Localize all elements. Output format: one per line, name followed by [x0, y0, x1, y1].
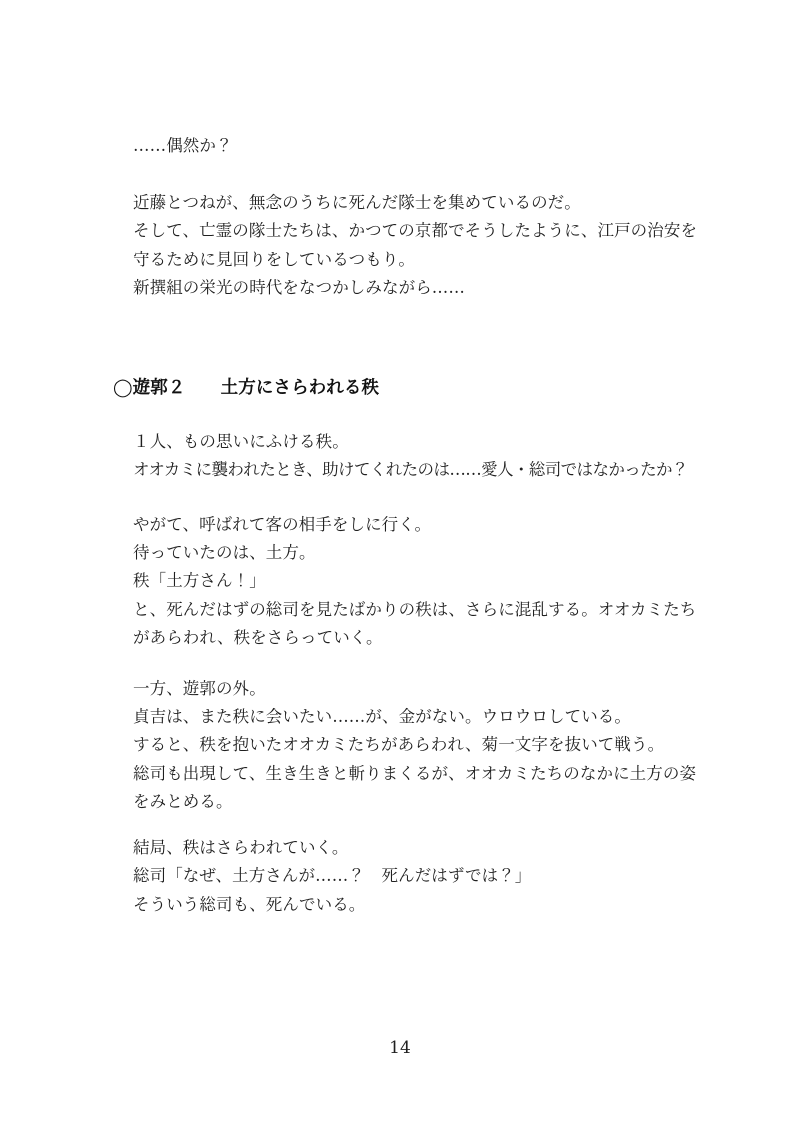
text-line: 守るために見回りをしているつもり。 [133, 246, 695, 274]
text-line: 一方、遊郭の外。 [133, 675, 695, 703]
text-line: ……偶然か？ [133, 132, 695, 160]
text-line: そして、亡霊の隊士たちは、かつての京都でそうしたように、江戸の治安を [133, 217, 695, 245]
paragraph-outside-yukaku: 一方、遊郭の外。 貞吉は、また秩に会いたい……が、金がない。ウロウロしている。 … [133, 675, 695, 817]
paragraph-chitsu-reflects: １人、もの思いにふける秩。 オオカミに襲われたとき、助けてくれたのは……愛人・総… [133, 428, 695, 485]
text-line: そういう総司も、死んでいる。 [133, 891, 695, 919]
text-line: 貞吉は、また秩に会いたい……が、金がない。ウロウロしている。 [133, 703, 695, 731]
text-line: 総司も出現して、生き生きと斬りまくるが、オオカミたちのなかに土方の姿 [133, 760, 695, 788]
text-line: 近藤とつねが、無念のうちに死んだ隊士を集めているのだ。 [133, 189, 695, 217]
paragraph-kondo-tsune: 近藤とつねが、無念のうちに死んだ隊士を集めているのだ。 そして、亡霊の隊士たちは… [133, 189, 695, 303]
paragraph-conclusion: 結局、秩はさらわれていく。 総司「なぜ、土方さんが……？ 死んだはずでは？」 そ… [133, 834, 695, 919]
text-line: 結局、秩はさらわれていく。 [133, 834, 695, 862]
script-page: ……偶然か？ 近藤とつねが、無念のうちに死んだ隊士を集めているのだ。 そして、亡… [0, 0, 800, 1131]
text-line: をみとめる。 [133, 788, 695, 816]
text-line: 新撰組の栄光の時代をなつかしみながら…… [133, 274, 695, 302]
text-line: １人、もの思いにふける秩。 [133, 428, 695, 456]
text-line: 待っていたのは、土方。 [133, 539, 695, 567]
text-line: やがて、呼ばれて客の相手をしに行く。 [133, 511, 695, 539]
paragraph-monologue: ……偶然か？ [133, 132, 695, 160]
text-line: と、死んだはずの総司を見たばかりの秩は、さらに混乱する。オオカミたち [133, 596, 695, 624]
page-number: 14 [0, 1036, 800, 1060]
text-line: 総司「なぜ、土方さんが……？ 死んだはずでは？」 [133, 862, 695, 890]
text-line: 秩「土方さん！」 [133, 567, 695, 595]
text-line: があらわれ、秩をさらっていく。 [133, 624, 695, 652]
paragraph-hijikata-appears: やがて、呼ばれて客の相手をしに行く。 待っていたのは、土方。 秩「土方さん！」 … [133, 511, 695, 653]
text-line: オオカミに襲われたとき、助けてくれたのは……愛人・総司ではなかったか？ [133, 456, 695, 484]
script-text-area: ……偶然か？ 近藤とつねが、無念のうちに死んだ隊士を集めているのだ。 そして、亡… [133, 132, 695, 919]
scene-heading-yukaku2: ◯遊郭２ 土方にさらわれる秩 [113, 374, 695, 402]
text-line: すると、秩を抱いたオオカミたちがあらわれ、菊一文字を抜いて戦う。 [133, 731, 695, 759]
